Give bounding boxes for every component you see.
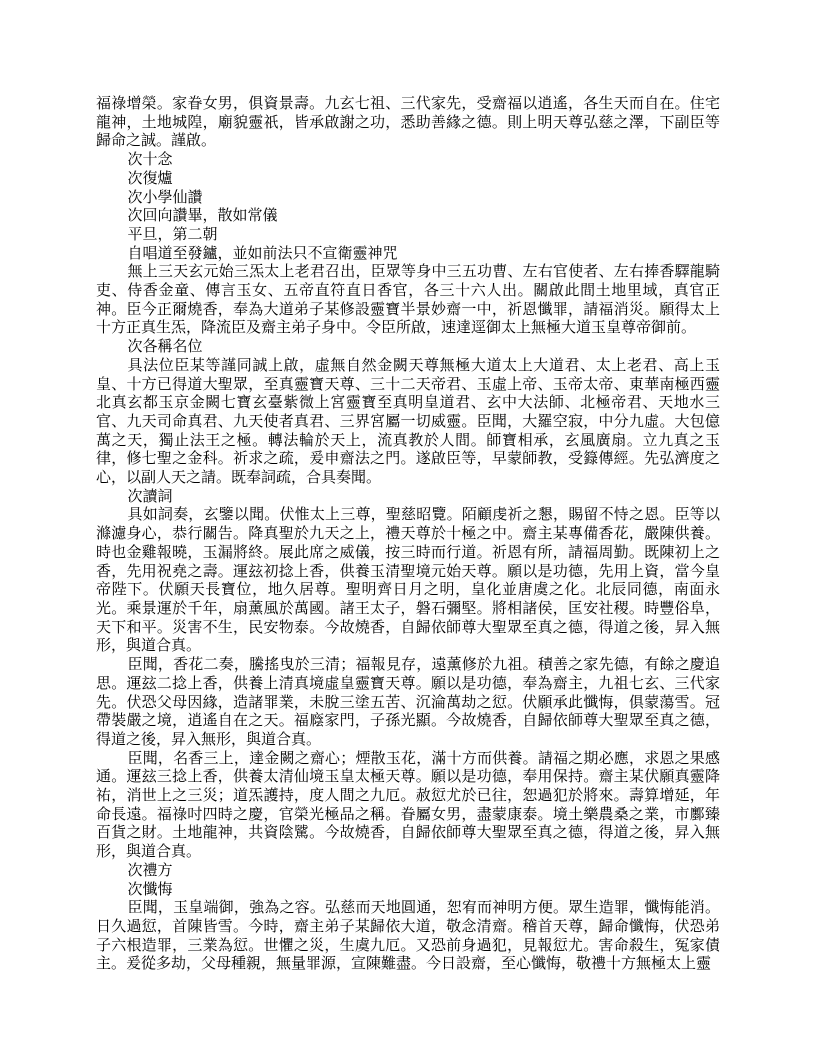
paragraph: 次復爐 — [96, 170, 720, 189]
paragraph: 無上三天玄元始三炁太上老君召出，臣眾等身中三五功曹、左右官使者、左右捧香驛龍騎吏… — [96, 263, 720, 338]
paragraph: 臣聞，名香三上，達金闕之齋心；煙散玉花，滿十方而供養。請福之期必應，求恩之果感通… — [96, 750, 720, 862]
paragraph: 福祿增榮。家眷女男，俱資景壽。九玄七祖、三代家先，受齋福以逍遙，各生天而自在。住… — [96, 95, 720, 151]
paragraph: 臣聞，香花二奏，騰搖曳於三清；福報見存，遠薰修於九祖。積善之家先德，有餘之慶追思… — [96, 656, 720, 750]
paragraph: 次十念 — [96, 151, 720, 170]
paragraph: 次回向讚畢，散如常儀 — [96, 207, 720, 226]
document-body: 福祿增榮。家眷女男，俱資景壽。九玄七祖、三代家先，受齋福以逍遙，各生天而自在。住… — [96, 95, 720, 974]
paragraph: 次讀詞 — [96, 488, 720, 507]
paragraph: 臣聞，玉皇端御，強為之容。弘慈而天地圓通，恕宥而神明方便。眾生造罪，懺悔能消。日… — [96, 899, 720, 974]
paragraph: 平旦，第二朝 — [96, 226, 720, 245]
paragraph: 具如詞奏，玄鑒以聞。伏惟太上三尊，聖慈昭覽。陌顧虔祈之懇，賜留不恃之恩。臣等以滌… — [96, 506, 720, 656]
paragraph: 自唱道至發鑪，並如前法只不宣衛靈神咒 — [96, 245, 720, 264]
paragraph: 次懺悔 — [96, 881, 720, 900]
document-page: 福祿增榮。家眷女男，俱資景壽。九玄七祖、三代家先，受齋福以逍遙，各生天而自在。住… — [0, 0, 816, 1056]
paragraph: 具法位臣某等謹同誠上啟，虛無自然金闕天尊無極大道太上大道君、太上老君、高上玉皇、… — [96, 357, 720, 488]
paragraph: 次小學仙讚 — [96, 189, 720, 208]
paragraph: 次各稱名位 — [96, 338, 720, 357]
paragraph: 次禮方 — [96, 862, 720, 881]
